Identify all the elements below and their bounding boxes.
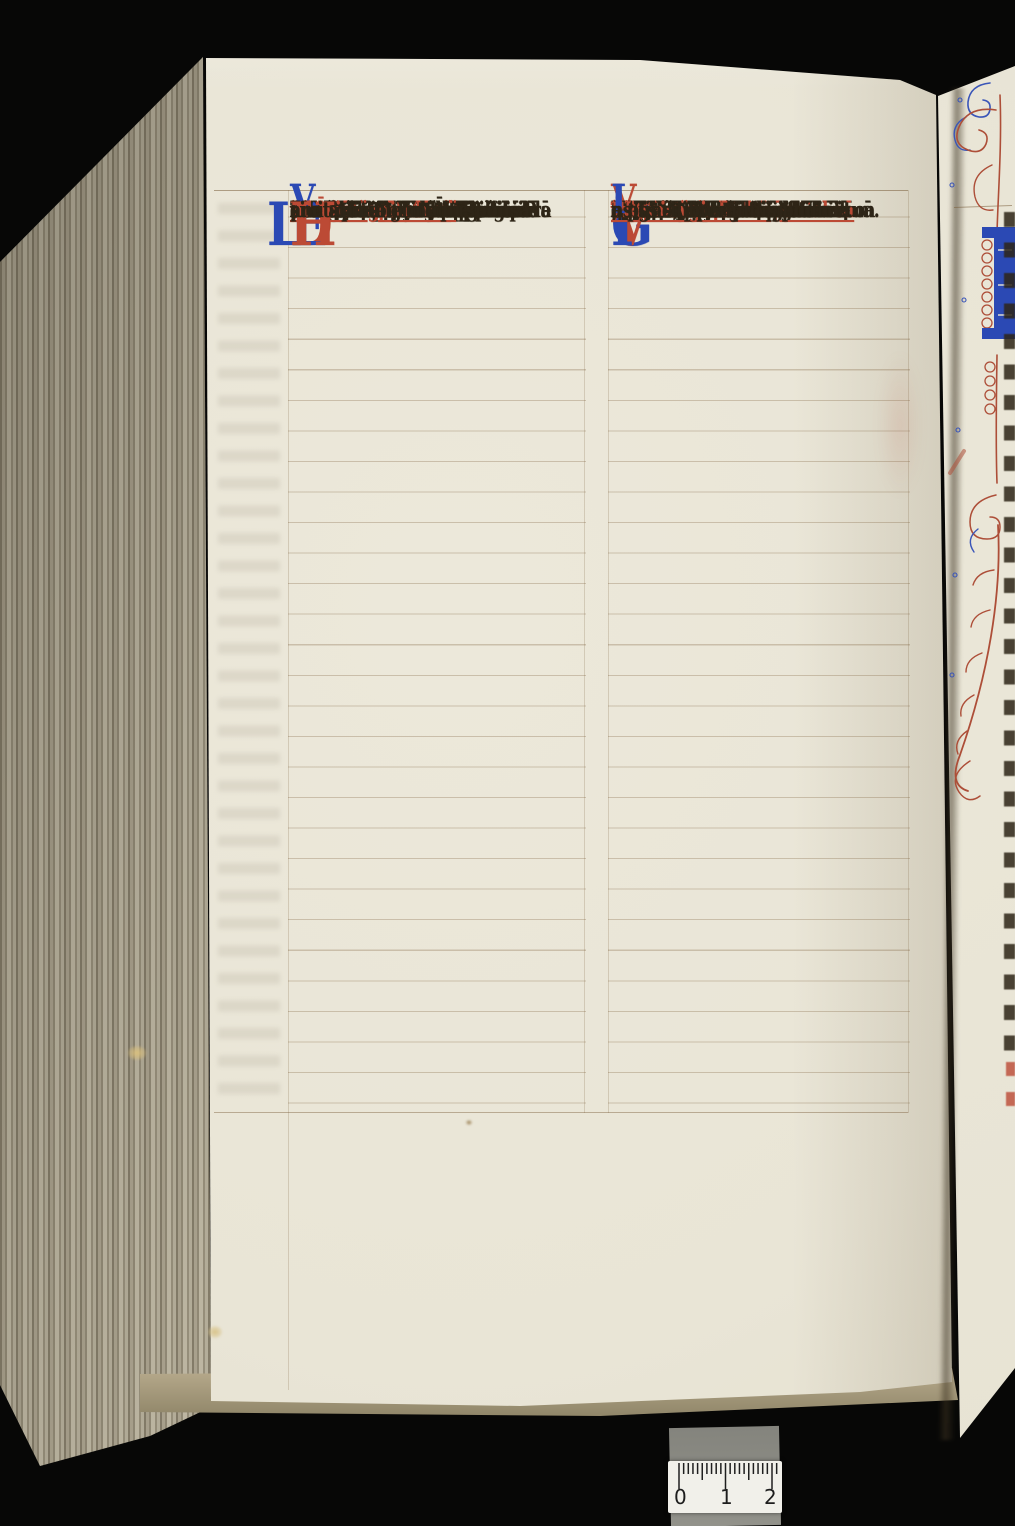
facing-page-cropped-rubric bbox=[1006, 1062, 1015, 1108]
facing-page-cropped-text bbox=[1004, 212, 1015, 1058]
manuscript-photograph: obuiam ei añ Tūc surrexerūtoēs v̈giēs il… bbox=[0, 0, 1015, 1526]
text-segment: a: et quesiui michi sponsā bbox=[290, 195, 529, 226]
stain bbox=[208, 1326, 222, 1338]
ruler-number-1: 1 bbox=[720, 1485, 733, 1509]
stain bbox=[466, 1120, 472, 1125]
text-ruling-right-column bbox=[608, 195, 910, 1113]
penwork-border-decoration bbox=[930, 55, 1015, 845]
ruler-number-0: 0 bbox=[674, 1485, 687, 1509]
show-through-ghost-text bbox=[218, 200, 280, 1105]
ruler-number-2: 2 bbox=[764, 1485, 777, 1509]
text-ruling-left-column bbox=[288, 195, 586, 1113]
ink-offset-smudge bbox=[868, 320, 932, 530]
stain bbox=[128, 1046, 146, 1060]
scale-ruler: 0 1 2 bbox=[668, 1461, 782, 1513]
text-segment: a puerilibus annis pudicīā bbox=[611, 195, 850, 226]
